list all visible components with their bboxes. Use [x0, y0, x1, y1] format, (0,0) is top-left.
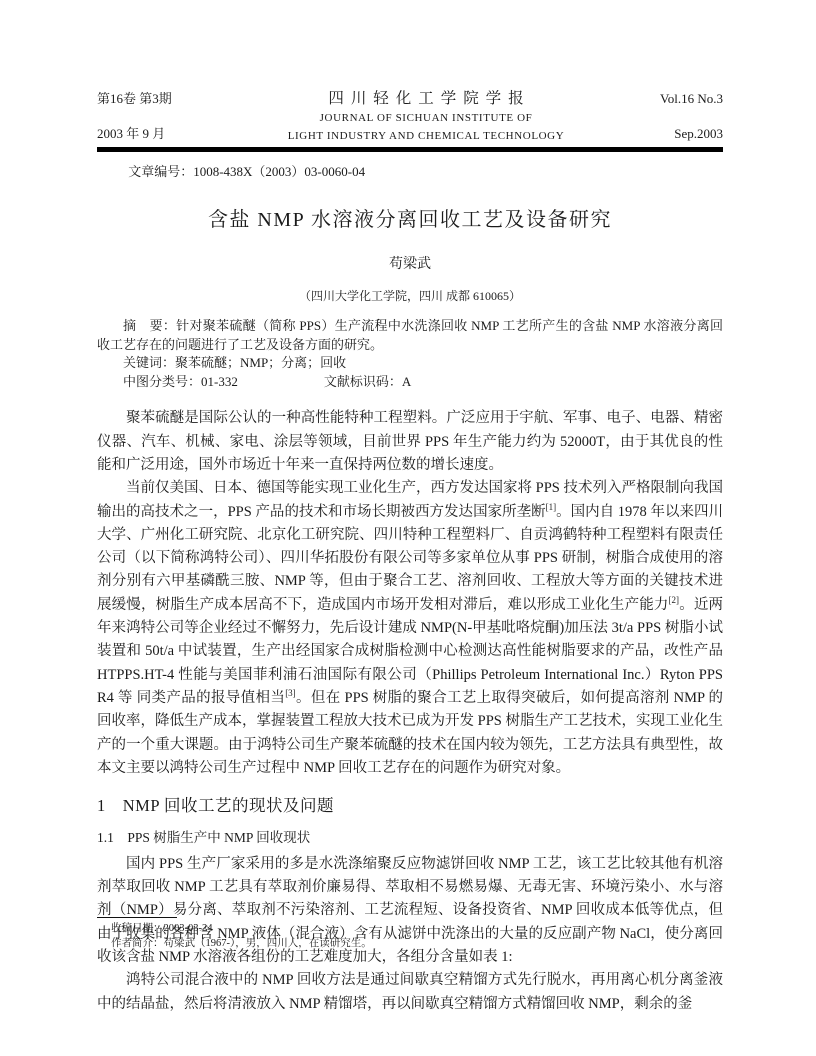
page-content: 第16卷 第3期 2003 年 9 月 四川轻化工学院学报 JOURNAL OF…: [97, 90, 723, 1016]
author-name: 苟梁武: [97, 253, 723, 273]
front-matter: 摘 要：针对聚苯硫醚（简称 PPS）生产流程中水洗涤回收 NMP 工艺所产生的含…: [97, 317, 723, 391]
intro-paragraph-2: 当前仅美国、日本、德国等能实现工业化生产，西方发达国家将 PPS 技术列入严格限…: [97, 477, 723, 780]
classification-line: 中图分类号：01-332文献标识码：A: [97, 373, 723, 392]
received-date: 收稿日期：2003-03-24: [97, 921, 577, 936]
article-id: 文章编号：1008-438X（2003）03-0060-04: [97, 161, 723, 180]
footnote-block: 收稿日期：2003-03-24 作者简介：苟梁武（1967-），男，四川人，在读…: [97, 917, 577, 951]
footnote-rule: [97, 917, 177, 918]
citation-ref-3: [3]: [285, 688, 296, 698]
article-title: 含盐 NMP 水溶液分离回收工艺及设备研究: [97, 203, 723, 232]
journal-page: { "colors": { "background": "#ffffff", "…: [0, 0, 816, 1056]
section-1-1-heading: 1.1 PPS 树脂生产中 NMP 回收现状: [97, 826, 723, 849]
abstract-paragraph: 摘 要：针对聚苯硫醚（简称 PPS）生产流程中水洗涤回收 NMP 工艺所产生的含…: [97, 317, 723, 354]
journal-header-left: 第16卷 第3期 2003 年 9 月: [97, 90, 247, 144]
citation-ref-1: [1]: [546, 502, 557, 512]
journal-name-en-line2: LIGHT INDUSTRY AND CHEMICAL TECHNOLOGY: [247, 129, 605, 144]
section-1-paragraph-1: 国内 PPS 生产厂家采用的多是水洗涤缩聚反应物滤饼回收 NMP 工艺，该工艺比…: [97, 853, 723, 969]
header-divider-rule: [97, 147, 723, 152]
volume-issue-en: Vol.16 No.3: [605, 91, 723, 107]
journal-header-right: Vol.16 No.3 Sep.2003: [605, 90, 723, 144]
journal-name-en-line1: JOURNAL OF SICHUAN INSTITUTE OF: [247, 111, 605, 126]
journal-header: 第16卷 第3期 2003 年 9 月 四川轻化工学院学报 JOURNAL OF…: [97, 90, 723, 144]
citation-ref-2: [2]: [669, 595, 680, 605]
intro-paragraph-1: 聚苯硫醚是国际公认的一种高性能特种工程塑料。广泛应用于宇航、军事、电子、电器、精…: [97, 407, 723, 477]
journal-header-center: 四川轻化工学院学报 JOURNAL OF SICHUAN INSTITUTE O…: [247, 90, 605, 144]
keywords-line: 关键词：聚苯硫醚；NMP；分离；回收: [97, 354, 723, 373]
document-code: 文献标识码：A: [324, 374, 411, 389]
section-1-paragraph-2: 鸿特公司混合液中的 NMP 回收方法是通过间歇真空精馏方式先行脱水，再用离心机分…: [97, 969, 723, 1016]
volume-issue-cn: 第16卷 第3期: [97, 91, 247, 107]
author-affiliation: （四川大学化工学院，四川 成都 610065）: [97, 287, 723, 304]
author-bio: 作者简介：苟梁武（1967-），男，四川人，在读研究生。: [97, 936, 577, 951]
date-cn: 2003 年 9 月: [97, 126, 247, 142]
clc-number: 中图分类号：01-332: [123, 374, 238, 389]
section-1-heading: 1 NMP 回收工艺的现状及问题: [97, 794, 723, 817]
journal-name-cn: 四川轻化工学院学报: [247, 90, 605, 108]
date-en: Sep.2003: [605, 126, 723, 142]
